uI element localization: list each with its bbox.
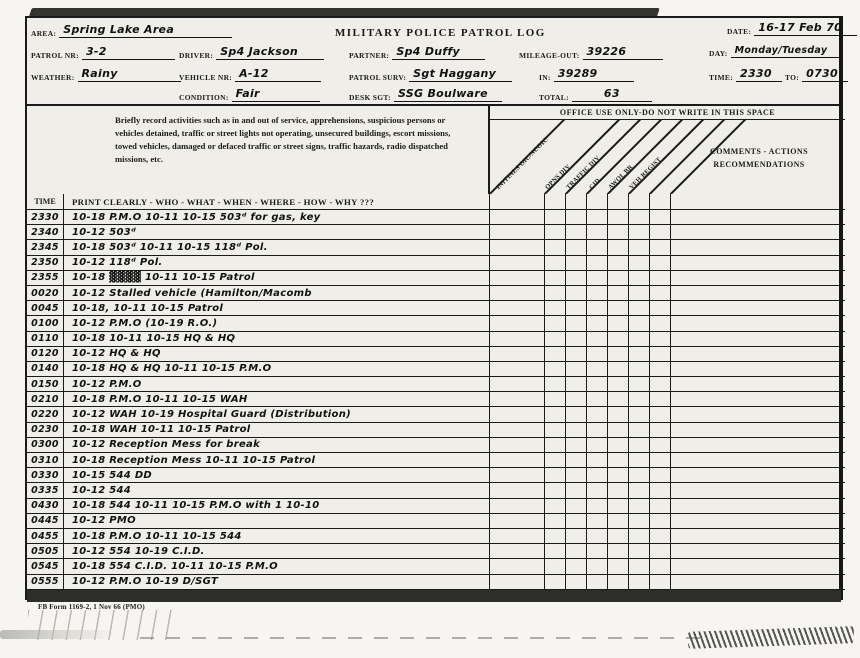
table-row: 2345 10-18 503ᵈ 10-11 10-15 118ᵈ Pol.	[27, 240, 845, 255]
office-cell	[629, 483, 650, 497]
office-cell	[587, 256, 608, 270]
office-cell	[566, 468, 587, 482]
comments-header-line2: RECOMMENDATIONS	[680, 159, 838, 172]
office-cell	[490, 544, 545, 558]
office-cell	[566, 377, 587, 391]
office-cell	[587, 544, 608, 558]
office-cell	[587, 286, 608, 300]
office-cell	[650, 377, 671, 391]
office-cell	[490, 423, 545, 437]
office-cell	[587, 575, 608, 589]
row-time: 0150	[27, 377, 64, 391]
comments-cell	[671, 240, 845, 254]
office-cell	[629, 240, 650, 254]
office-cell	[629, 468, 650, 482]
desk-sgt-label: DESK SGT:	[349, 93, 391, 102]
office-cell	[545, 468, 566, 482]
row-activity: 10-18 Reception Mess 10-11 10-15 Patrol	[64, 453, 490, 467]
office-cell	[545, 377, 566, 391]
office-cell	[490, 332, 545, 346]
comments-cell	[671, 529, 845, 543]
table-row: 0310 10-18 Reception Mess 10-11 10-15 Pa…	[27, 453, 845, 468]
office-cell	[490, 316, 545, 330]
office-cell	[650, 559, 671, 573]
table-row: 2355 10-18 ▓▓▓▓ 10-11 10-15 Patrol	[27, 271, 845, 286]
table-row: 0220 10-12 WAH 10-19 Hospital Guard (Dis…	[27, 407, 845, 422]
row-time: 2345	[27, 240, 64, 254]
office-cell	[587, 514, 608, 528]
partner-value: Sp4 Duffy	[392, 46, 485, 60]
office-cell	[608, 210, 629, 224]
office-cell	[545, 256, 566, 270]
office-cell	[545, 514, 566, 528]
comments-header-line1: COMMENTS - ACTIONS	[680, 146, 838, 159]
office-cell	[650, 544, 671, 558]
comments-cell	[671, 575, 845, 589]
form-title: MILITARY POLICE PATROL LOG	[335, 27, 546, 39]
office-cell	[490, 256, 545, 270]
table-row: 0445 10-12 PMO	[27, 514, 845, 529]
office-cell	[566, 286, 587, 300]
office-cell	[650, 347, 671, 361]
office-cell	[545, 362, 566, 376]
office-cell	[587, 559, 608, 573]
office-cell	[490, 468, 545, 482]
office-cell	[650, 301, 671, 315]
office-cell	[545, 559, 566, 573]
office-cell	[650, 332, 671, 346]
row-activity: 10-12 HQ & HQ	[64, 347, 490, 361]
patrol-log-table: TIME PRINT CLEARLY - WHO - WHAT - WHEN -…	[27, 194, 845, 590]
comments-cell	[671, 377, 845, 391]
office-cell	[490, 559, 545, 573]
office-cell	[587, 194, 608, 209]
patrol-surv-label: PATROL SURV:	[349, 73, 406, 82]
weather-value: Rainy	[78, 68, 181, 82]
office-cell	[608, 423, 629, 437]
office-cell	[629, 575, 650, 589]
office-cell	[608, 332, 629, 346]
office-cell	[608, 301, 629, 315]
office-cell	[587, 210, 608, 224]
office-cell	[650, 362, 671, 376]
entry-column-header: PRINT CLEARLY - WHO - WHAT - WHEN - WHER…	[64, 194, 490, 209]
office-cell	[629, 377, 650, 391]
office-cell	[608, 499, 629, 513]
office-cell	[629, 362, 650, 376]
comments-cell	[671, 286, 845, 300]
row-time: 0335	[27, 483, 64, 497]
office-cell	[490, 240, 545, 254]
mileage-total-value: 63	[572, 88, 652, 102]
table-row: 0120 10-12 HQ & HQ	[27, 347, 845, 362]
row-activity: 10-12 P.M.O	[64, 377, 490, 391]
row-time: 0110	[27, 332, 64, 346]
office-cell	[629, 423, 650, 437]
field-weather: WEATHER: Rainy	[31, 68, 181, 82]
office-cell	[608, 347, 629, 361]
office-cell	[490, 499, 545, 513]
office-cell	[566, 210, 587, 224]
comments-cell	[671, 210, 845, 224]
mileage-out-label: MILEAGE-OUT:	[519, 51, 580, 60]
office-cell	[587, 225, 608, 239]
office-cell	[490, 362, 545, 376]
office-cell	[545, 392, 566, 406]
row-time: 0020	[27, 286, 64, 300]
office-cell	[650, 256, 671, 270]
office-cell	[490, 377, 545, 391]
office-cell	[566, 301, 587, 315]
office-cell	[650, 392, 671, 406]
office-cell	[608, 377, 629, 391]
field-time: TIME: 2330 TO: 0730	[709, 68, 848, 82]
office-cell	[587, 423, 608, 437]
row-activity: 10-12 P.M.O (10-19 R.O.)	[64, 316, 490, 330]
table-row: 0150 10-12 P.M.O	[27, 377, 845, 392]
office-cell	[587, 271, 608, 285]
office-cell	[650, 210, 671, 224]
office-cell	[608, 529, 629, 543]
row-activity: 10-18 ▓▓▓▓ 10-11 10-15 Patrol	[64, 271, 490, 285]
office-cell	[566, 347, 587, 361]
office-cell	[490, 483, 545, 497]
row-activity: 10-15 544 DD	[64, 468, 490, 482]
office-cell	[650, 407, 671, 421]
comments-cell	[671, 316, 845, 330]
office-cell	[629, 529, 650, 543]
office-cell	[545, 316, 566, 330]
office-cell	[629, 194, 650, 209]
row-time: 0310	[27, 453, 64, 467]
office-cell	[587, 377, 608, 391]
comments-cell	[671, 423, 845, 437]
office-cell	[608, 240, 629, 254]
office-use-diagonal-header: INITIALS OIC/NCOIC OPNS DIV TRAFFIC DIV …	[490, 120, 845, 194]
office-cell	[629, 514, 650, 528]
col-label-cid: CID	[588, 177, 602, 191]
office-cell	[566, 423, 587, 437]
office-cell	[490, 514, 545, 528]
office-cell	[490, 194, 545, 209]
office-cell	[545, 332, 566, 346]
row-activity: 10-12 544	[64, 483, 490, 497]
time-in-value: 0730	[802, 68, 848, 82]
office-cell	[650, 271, 671, 285]
office-cell	[545, 301, 566, 315]
scan-noise	[0, 630, 115, 639]
office-cell	[587, 453, 608, 467]
row-time: 0445	[27, 514, 64, 528]
table-row: 0300 10-12 Reception Mess for break	[27, 438, 845, 453]
log-header-row: TIME PRINT CLEARLY - WHO - WHAT - WHEN -…	[27, 194, 845, 210]
row-activity: 10-12 Stalled vehicle (Hamilton/Macomb	[64, 286, 490, 300]
office-cell	[545, 194, 566, 209]
office-cell	[629, 286, 650, 300]
office-cell	[490, 301, 545, 315]
office-cell	[566, 407, 587, 421]
vehicle-nr-value: A-12	[235, 68, 321, 82]
office-cell	[650, 438, 671, 452]
office-cell	[608, 438, 629, 452]
date-label: DATE:	[727, 27, 751, 36]
comments-cell	[671, 362, 845, 376]
office-cell	[566, 544, 587, 558]
col-label-initials: INITIALS OIC/NCOIC	[495, 136, 550, 191]
office-cell	[566, 362, 587, 376]
office-cell	[608, 407, 629, 421]
office-cell	[629, 332, 650, 346]
row-activity: 10-12 P.M.O 10-19 D/SGT	[64, 575, 490, 589]
row-time: 0220	[27, 407, 64, 421]
office-cell	[650, 316, 671, 330]
office-cell	[566, 271, 587, 285]
comments-cell	[671, 499, 845, 513]
day-value: Monday/Tuesday	[731, 46, 839, 58]
table-row: 0020 10-12 Stalled vehicle (Hamilton/Mac…	[27, 286, 845, 301]
comments-cell	[671, 271, 845, 285]
patrol-nr-value: 3-2	[82, 46, 175, 60]
office-cell	[490, 438, 545, 452]
scan-artifact-bottom-band	[27, 590, 841, 602]
office-cell	[566, 332, 587, 346]
office-cell	[545, 286, 566, 300]
office-cell	[490, 347, 545, 361]
office-cell	[545, 240, 566, 254]
office-cell	[490, 453, 545, 467]
field-patrol-nr: PATROL NR: 3-2	[31, 46, 175, 60]
office-cell	[545, 438, 566, 452]
office-cell	[545, 499, 566, 513]
office-cell	[545, 210, 566, 224]
office-cell	[566, 483, 587, 497]
office-cell	[608, 225, 629, 239]
comments-cell	[671, 514, 845, 528]
office-cell	[490, 210, 545, 224]
scan-noise	[140, 637, 700, 639]
row-time: 0045	[27, 301, 64, 315]
table-row: 0140 10-18 HQ & HQ 10-11 10-15 P.M.O	[27, 362, 845, 377]
office-cell	[608, 544, 629, 558]
time-column-header: TIME	[27, 194, 64, 209]
office-use-box: OFFICE USE ONLY-DO NOT WRITE IN THIS SPA…	[490, 106, 845, 194]
row-time: 0545	[27, 559, 64, 573]
office-cell	[650, 286, 671, 300]
office-cell	[608, 194, 629, 209]
table-row: 0330 10-15 544 DD	[27, 468, 845, 483]
mid-section: Briefly record activities such as in and…	[27, 106, 839, 194]
table-row: 2330 10-18 P.M.O 10-11 10-15 503ᵈ for ga…	[27, 210, 845, 225]
comments-cell	[671, 453, 845, 467]
office-cell	[608, 256, 629, 270]
time-to-label: TO:	[785, 73, 799, 82]
row-time: 0100	[27, 316, 64, 330]
office-cell	[650, 529, 671, 543]
row-time: 0210	[27, 392, 64, 406]
driver-label: DRIVER:	[179, 51, 213, 60]
office-cell	[650, 514, 671, 528]
row-activity: 10-12 PMO	[64, 514, 490, 528]
row-time: 0300	[27, 438, 64, 452]
office-cell	[566, 514, 587, 528]
comments-header: COMMENTS - ACTIONS RECOMMENDATIONS	[680, 146, 838, 172]
office-cell	[566, 240, 587, 254]
patrol-surv-value: Sgt Haggany	[409, 68, 512, 82]
office-cell	[566, 453, 587, 467]
field-patrol-surv: PATROL SURV: Sgt Haggany	[349, 68, 512, 82]
row-activity: 10-18 544 10-11 10-15 P.M.O with 1 10-10	[64, 499, 490, 513]
office-cell	[608, 453, 629, 467]
row-activity: 10-18 P.M.O 10-11 10-15 503ᵈ for gas, ke…	[64, 210, 490, 224]
mileage-total-label: TOTAL:	[539, 93, 569, 102]
table-row: 0455 10-18 P.M.O 10-11 10-15 544	[27, 529, 845, 544]
office-cell	[566, 529, 587, 543]
instructions-box: Briefly record activities such as in and…	[27, 106, 490, 194]
driver-value: Sp4 Jackson	[216, 46, 324, 60]
comments-cell	[671, 347, 845, 361]
office-cell	[566, 559, 587, 573]
row-activity: 10-12 554 10-19 C.I.D.	[64, 544, 490, 558]
office-cell	[587, 362, 608, 376]
field-desk-sgt: DESK SGT: SSG Boulware	[349, 88, 502, 102]
comments-cell	[671, 407, 845, 421]
patrol-nr-label: PATROL NR:	[31, 51, 79, 60]
comments-cell	[671, 194, 845, 209]
office-cell	[566, 392, 587, 406]
office-cell	[629, 392, 650, 406]
area-label: AREA:	[31, 29, 56, 38]
office-cell	[629, 210, 650, 224]
form-header: AREA: Spring Lake Area MILITARY POLICE P…	[27, 18, 839, 106]
office-cell	[650, 453, 671, 467]
row-time: 0330	[27, 468, 64, 482]
table-row: 0100 10-12 P.M.O (10-19 R.O.)	[27, 316, 845, 331]
office-cell	[650, 194, 671, 209]
mileage-in-label: IN:	[539, 73, 551, 82]
office-cell	[587, 438, 608, 452]
row-activity: 10-18 WAH 10-11 10-15 Patrol	[64, 423, 490, 437]
table-row: 0545 10-18 554 C.I.D. 10-11 10-15 P.M.O	[27, 559, 845, 574]
row-activity: 10-18 554 C.I.D. 10-11 10-15 P.M.O	[64, 559, 490, 573]
office-cell	[629, 544, 650, 558]
office-cell	[545, 271, 566, 285]
row-activity: 10-12 503ᵈ	[64, 225, 490, 239]
office-cell	[566, 499, 587, 513]
row-activity: 10-18 P.M.O 10-11 10-15 WAH	[64, 392, 490, 406]
office-cell	[566, 438, 587, 452]
field-mileage-out: MILEAGE-OUT: 39226	[519, 46, 663, 60]
mileage-out-value: 39226	[583, 46, 663, 60]
office-cell	[608, 559, 629, 573]
row-activity: 10-18 HQ & HQ 10-11 10-15 P.M.O	[64, 362, 490, 376]
field-date: DATE: 16-17 Feb 70	[727, 22, 857, 36]
comments-cell	[671, 332, 845, 346]
comments-cell	[671, 544, 845, 558]
log-body: 2330 10-18 P.M.O 10-11 10-15 503ᵈ for ga…	[27, 210, 845, 590]
row-activity: 10-12 WAH 10-19 Hospital Guard (Distribu…	[64, 407, 490, 421]
table-row: 0555 10-12 P.M.O 10-19 D/SGT	[27, 575, 845, 590]
office-cell	[650, 423, 671, 437]
scan-noise	[688, 626, 854, 649]
row-activity: 10-18 10-11 10-15 HQ & HQ	[64, 332, 490, 346]
row-time: 0505	[27, 544, 64, 558]
office-cell	[650, 499, 671, 513]
office-cell	[587, 468, 608, 482]
office-cell	[608, 514, 629, 528]
field-partner: PARTNER: Sp4 Duffy	[349, 46, 485, 60]
table-row: 0110 10-18 10-11 10-15 HQ & HQ	[27, 332, 845, 347]
office-cell	[608, 271, 629, 285]
office-cell	[545, 453, 566, 467]
office-cell	[490, 392, 545, 406]
field-mileage-total: TOTAL: 63	[539, 88, 652, 102]
office-cell	[587, 316, 608, 330]
office-cell	[629, 559, 650, 573]
office-cell	[566, 194, 587, 209]
office-cell	[629, 407, 650, 421]
time-label: TIME:	[709, 73, 733, 82]
office-cell	[490, 225, 545, 239]
office-cell	[545, 347, 566, 361]
office-cell	[587, 392, 608, 406]
office-cell	[545, 423, 566, 437]
office-cell	[490, 407, 545, 421]
row-time: 0555	[27, 575, 64, 589]
comments-cell	[671, 225, 845, 239]
office-cell	[545, 483, 566, 497]
row-time: 2330	[27, 210, 64, 224]
table-row: 0505 10-12 554 10-19 C.I.D.	[27, 544, 845, 559]
table-row: 2340 10-12 503ᵈ	[27, 225, 845, 240]
table-row: 0335 10-12 544	[27, 483, 845, 498]
field-vehicle-nr: VEHICLE NR: A-12	[179, 68, 321, 82]
office-cell	[566, 225, 587, 239]
field-day: DAY: Monday/Tuesday	[709, 46, 839, 58]
comments-cell	[671, 438, 845, 452]
office-cell	[566, 316, 587, 330]
field-area: AREA: Spring Lake Area	[31, 24, 232, 38]
office-cell	[608, 392, 629, 406]
row-activity: 10-12 118ᵈ Pol.	[64, 256, 490, 270]
office-cell	[608, 362, 629, 376]
office-cell	[650, 575, 671, 589]
table-row: 0210 10-18 P.M.O 10-11 10-15 WAH	[27, 392, 845, 407]
row-time: 2340	[27, 225, 64, 239]
area-value: Spring Lake Area	[59, 24, 232, 38]
office-cell	[629, 316, 650, 330]
office-cell	[608, 316, 629, 330]
office-cell	[566, 575, 587, 589]
table-row: 0230 10-18 WAH 10-11 10-15 Patrol	[27, 423, 845, 438]
office-cell	[587, 499, 608, 513]
office-cell	[608, 468, 629, 482]
row-activity: 10-18, 10-11 10-15 Patrol	[64, 301, 490, 315]
row-activity: 10-12 Reception Mess for break	[64, 438, 490, 452]
office-cell	[490, 575, 545, 589]
office-cell	[650, 468, 671, 482]
row-time: 0455	[27, 529, 64, 543]
office-cell	[608, 483, 629, 497]
desk-sgt-value: SSG Boulware	[394, 88, 502, 102]
field-condition: CONDITION: Fair	[179, 88, 320, 102]
office-cell	[490, 529, 545, 543]
office-cell	[650, 225, 671, 239]
condition-value: Fair	[232, 88, 320, 102]
condition-label: CONDITION:	[179, 93, 229, 102]
office-cell	[566, 256, 587, 270]
office-cell	[629, 453, 650, 467]
row-activity: 10-18 P.M.O 10-11 10-15 544	[64, 529, 490, 543]
